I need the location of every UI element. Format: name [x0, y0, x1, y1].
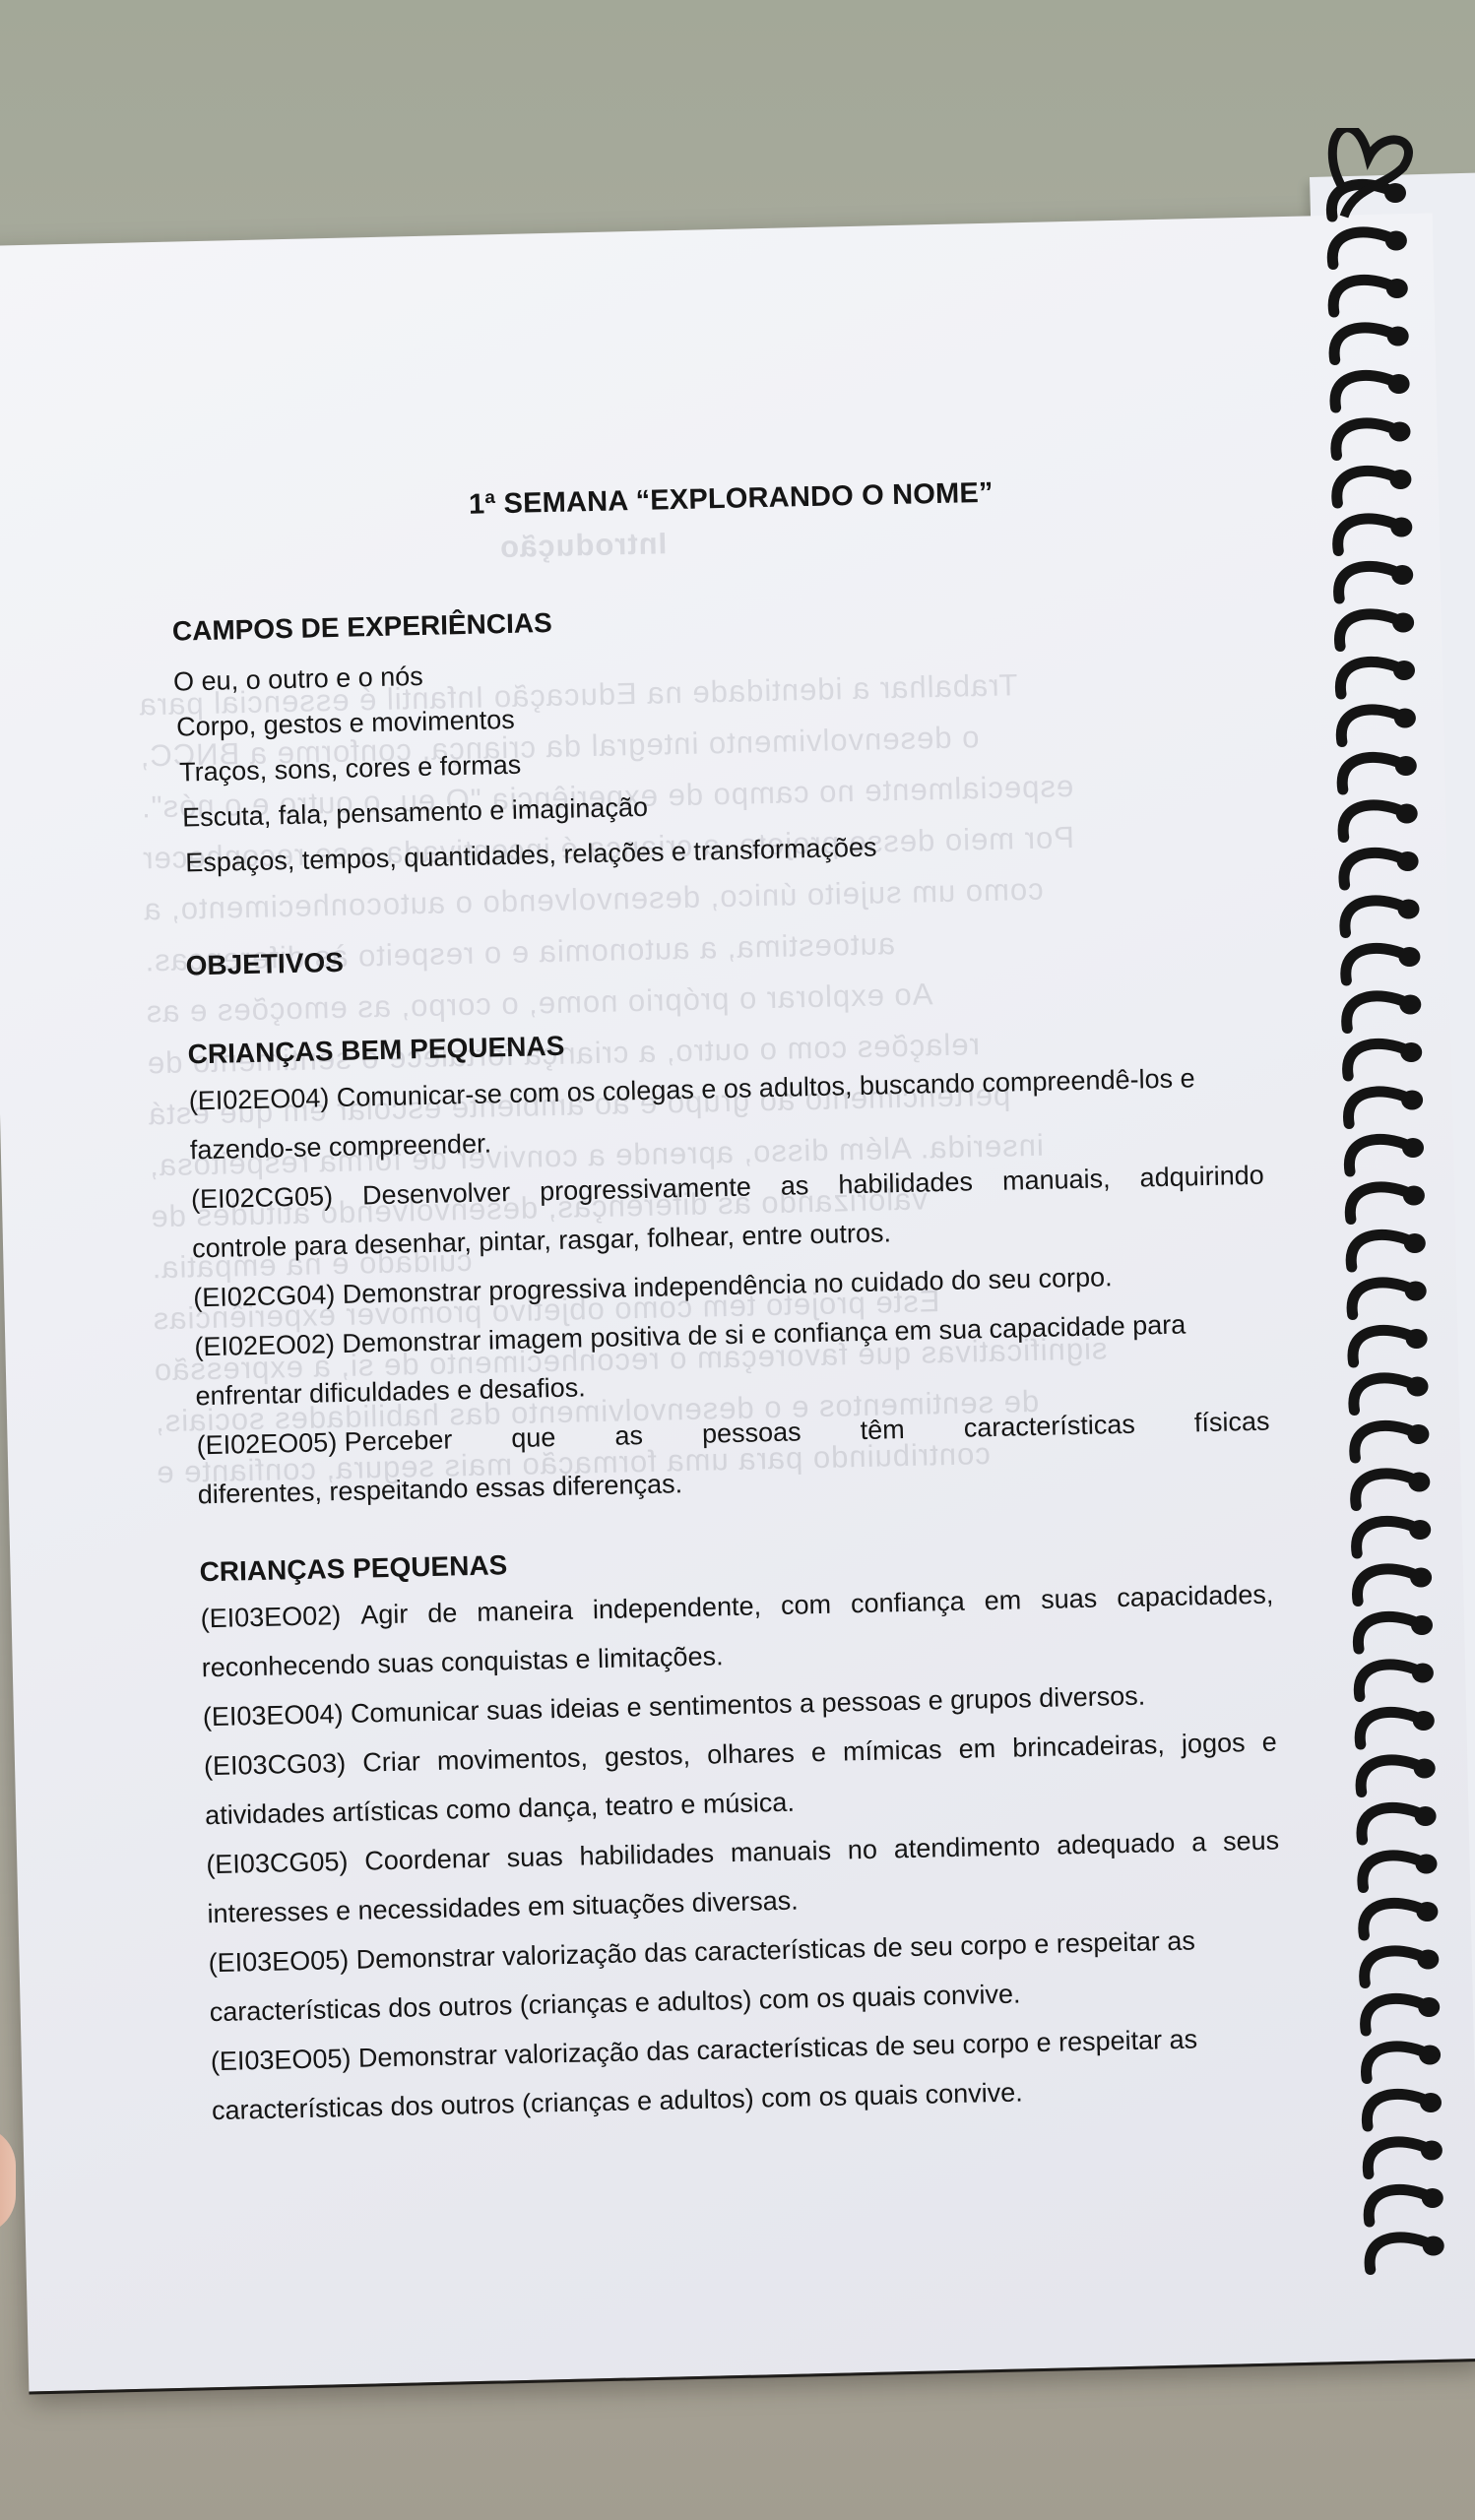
spiral-binding: [1315, 128, 1475, 2294]
objective-line: (EI03CG05)Coordenarsuashabilidadesmanuai…: [206, 1825, 1279, 1880]
campos-heading: CAMPOS DE EXPERIÊNCIAS: [172, 607, 552, 648]
objective-line: (EI02CG04) Demonstrar progressiva indepe…: [193, 1262, 1113, 1313]
campo-item: Escuta, fala, pensamento e imaginação: [182, 792, 648, 834]
finger: [0, 2126, 16, 2235]
objective-line-continued: fazendo-se compreender.: [190, 1128, 492, 1165]
objective-line: (EI03EO05) Demonstrar valorização das ca…: [208, 1925, 1195, 1979]
page-content: 1ª SEMANA “EXPLORANDO O NOME” CAMPOS DE …: [177, 217, 1280, 241]
objective-line-continued: reconhecendo suas conquistas e limitaçõe…: [201, 1641, 723, 1683]
objectives-list-pequenas: (EI03EO02)Agirdemaneiraindependente,comc…: [177, 217, 1280, 241]
objective-line: (EI03EO04) Comunicar suas ideias e senti…: [203, 1681, 1146, 1733]
objective-line: (EI02EO04) Comunicar-se com os colegas e…: [188, 1063, 1194, 1116]
objective-line: (EI03EO05) Demonstrar valorização das ca…: [211, 2024, 1198, 2077]
campo-item: Traços, sons, cores e formas: [179, 750, 522, 788]
campo-item: Espaços, tempos, quantidades, relações e…: [185, 833, 877, 879]
objective-line: (EI02EO02) Demonstrar imagem positiva de…: [194, 1310, 1186, 1363]
objectives-list-bem-pequenas: (EI02EO04) Comunicar-se com os colegas e…: [177, 217, 1280, 241]
campo-item: Corpo, gestos e movimentos: [176, 705, 515, 743]
objective-line-continued: interesses e necessidades em situações d…: [207, 1886, 799, 1930]
objective-line-continued: controle para desenhar, pintar, rasgar, …: [192, 1218, 891, 1264]
objective-line-continued: características dos outros (crianças e a…: [209, 1979, 1020, 2028]
campo-item: O eu, o outro e o nós: [173, 661, 423, 698]
campos-list: O eu, o outro e o nósCorpo, gestos e mov…: [177, 217, 1280, 241]
objective-line: (EI03EO02)Agirdemaneiraindependente,comc…: [200, 1580, 1273, 1635]
page-title: 1ª SEMANA “EXPLORANDO O NOME”: [469, 477, 994, 522]
objective-line-continued: diferentes, respeitando essas diferenças…: [197, 1469, 682, 1510]
objective-line: (EI02CG05)Desenvolverprogressivamenteash…: [191, 1161, 1264, 1216]
group-heading-bem-pequenas: CRIANÇAS BEM PEQUENAS: [187, 1031, 564, 1071]
objective-line: (EI02EO05) Perceberqueaspessoastêmcaract…: [196, 1407, 1269, 1462]
group-heading-pequenas: CRIANÇAS PEQUENAS: [199, 1549, 507, 1588]
objective-line-continued: atividades artísticas como dança, teatro…: [205, 1788, 795, 1832]
objective-line-continued: características dos outros (crianças e a…: [212, 2077, 1023, 2126]
objective-line: (EI03CG03)Criarmovimentos,gestos,olhares…: [204, 1728, 1277, 1783]
document-page: IntroduçãoTrabalhar a identidade na Educ…: [0, 214, 1475, 2395]
objetivos-heading: OBJETIVOS: [185, 947, 344, 982]
objective-line-continued: enfrentar dificuldades e desafios.: [195, 1372, 586, 1412]
